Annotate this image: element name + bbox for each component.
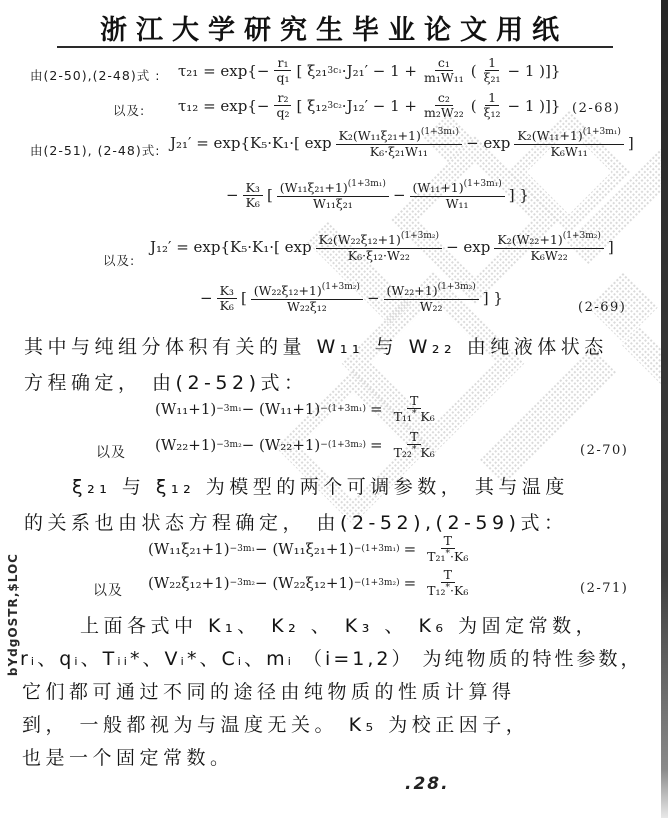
fraction: 1ξ₂₁ — [481, 56, 504, 86]
also-label: 以及 — [96, 442, 126, 462]
exponent: −3m₁ — [230, 544, 255, 554]
equals-sign: = — [404, 574, 417, 592]
denominator: W₂₂ξ₁₂ — [284, 300, 330, 314]
fraction: T T₂₂* K₆ — [391, 430, 438, 461]
exponent: (1+3m₁) — [348, 179, 386, 189]
equation-source-label: 由(2-50),(2-48)式 : — [30, 66, 160, 84]
math-text: (W₁₁ξ₂₁+1) — [148, 540, 230, 558]
numerator: c₂ — [435, 91, 453, 106]
equation-W11xi-line: (W₁₁ξ₂₁+1)−3m₁ − (W₁₁ξ₂₁+1)−(1+3m₁) = T … — [148, 534, 475, 565]
math-text: − exp — [446, 238, 490, 256]
math-text: (W₂₂ξ₁₂+1) — [148, 574, 230, 592]
numerator: 1 — [485, 91, 499, 106]
equation-W22xi-line: (W₂₂ξ₁₂+1)−3m₂ − (W₂₂ξ₁₂+1)−(1+3m₂) = T … — [148, 568, 475, 599]
fraction: K₃K₆ — [243, 181, 263, 211]
exponent: (1+3m₁) — [421, 127, 459, 137]
exponent: (1+3m₁) — [583, 127, 621, 137]
numerator: T — [441, 534, 455, 549]
equation-W22-line: (W₂₂+1)−3m₂ − (W₂₂+1)−(1+3m₂) = T T₂₂* K… — [155, 430, 442, 461]
thesis-page: 浙江大学研究生毕业论文用纸 由(2-50),(2-48)式 : τ₂₁ = ex… — [0, 0, 668, 818]
denominator: T₂₁*·K₆ — [424, 549, 471, 565]
fraction: 1ξ₁₂ — [481, 91, 504, 121]
paragraph-line: ξ₂₁ 与 ξ₁₂ 为模型的两个可调参数， 其与温度 — [72, 472, 569, 499]
paragraph-line: 上面各式中 K₁、 K₂ 、 K₃ 、 K₆ 为固定常数， — [80, 611, 599, 638]
math-text: ( — [471, 97, 477, 115]
fraction: (W₂₂+1)(1+3m₂) W₂₂ — [384, 283, 479, 314]
denominator: T₂₂* K₆ — [391, 445, 438, 461]
numerator: (W₁₁+1)(1+3m₁) — [410, 180, 505, 197]
exponent: 3c₂ — [327, 101, 341, 111]
exponent: −(1+3m₂) — [354, 578, 400, 588]
numerator: K₃ — [243, 181, 263, 196]
denominator: K₆ — [217, 299, 237, 313]
fraction: T T₂₁*·K₆ — [424, 534, 471, 565]
exponent: −3m₁ — [216, 404, 241, 414]
exponent: −3m₂ — [230, 578, 255, 588]
fraction: K₂(W₁₁ξ₂₁+1)(1+3m₁) K₆·ξ₂₁W₁₁ — [336, 128, 462, 159]
exponent: −3m₂ — [216, 440, 241, 450]
fraction: K₂(W₂₂ξ₁₂+1)(1+3m₂) K₆·ξ₁₂·W₂₂ — [316, 232, 442, 263]
exponent: −(1+3m₂) — [320, 440, 366, 450]
paragraph-line: 其中与纯组分体积有关的量 W₁₁ 与 W₂₂ 由纯液体状态 — [24, 332, 608, 359]
math-text: [ ξ₂₁ — [297, 62, 328, 80]
math-text: − — [393, 186, 406, 204]
numerator: T — [407, 430, 421, 445]
equals-sign: = — [370, 436, 383, 454]
margin-stamp-text: bYdgOSTR,$LOC — [6, 553, 20, 676]
paragraph-line: rᵢ、qᵢ、Tᵢᵢ*、Vᵢ*、Cᵢ、mᵢ （i=1,2） 为纯物质的特性参数， — [20, 644, 643, 671]
denominator: ξ₂₁ — [481, 71, 504, 85]
also-label: 以及 — [93, 580, 123, 600]
numerator: K₃ — [217, 284, 237, 299]
fraction: (W₁₁ξ₂₁+1)(1+3m₁) W₁₁ξ₂₁ — [277, 180, 389, 211]
denominator: ξ₁₂ — [481, 106, 504, 120]
fraction: T T₁₁* K₆ — [391, 394, 438, 425]
denominator: W₁₁ — [443, 197, 472, 211]
denominator: m₁W₁₁ — [421, 71, 467, 85]
equation-J21-line-2: − K₃K₆ [ (W₁₁ξ₂₁+1)(1+3m₁) W₁₁ξ₂₁ − (W₁₁… — [226, 180, 529, 211]
exponent: (1+3m₂) — [563, 231, 601, 241]
denominator: m₂W₂₂ — [421, 106, 467, 120]
fraction: (W₂₂ξ₁₂+1)(1+3m₂) W₂₂ξ₁₂ — [251, 283, 363, 314]
denominator: W₁₁ξ₂₁ — [310, 197, 356, 211]
math-text: [ — [241, 289, 247, 307]
denominator: W₂₂ — [417, 300, 446, 314]
math-text: ] — [628, 134, 634, 152]
equation-J12-line-2: − K₃K₆ [ (W₂₂ξ₁₂+1)(1+3m₂) W₂₂ξ₁₂ − (W₂₂… — [200, 283, 503, 314]
numerator: K₂(W₁₁ξ₂₁+1)(1+3m₁) — [336, 128, 462, 145]
fraction: (W₁₁+1)(1+3m₁) W₁₁ — [410, 180, 505, 211]
equation-number: (2-68) — [572, 101, 620, 116]
numerator: K₂(W₂₂ξ₁₂+1)(1+3m₂) — [316, 232, 442, 249]
fraction: r₂q₂ — [273, 91, 292, 121]
paragraph-line: 它们都可通过不同的途径由纯物质的性质计算得 — [22, 677, 516, 704]
denominator: K₆W₂₂ — [528, 249, 571, 263]
fraction: c₁m₁W₁₁ — [421, 56, 467, 86]
math-text: [ — [267, 186, 273, 204]
math-text: τ₁₂ = exp{− — [178, 97, 269, 115]
equation-number: (2-70) — [580, 443, 628, 458]
numerator: (W₁₁ξ₂₁+1)(1+3m₁) — [277, 180, 389, 197]
fraction: K₂(W₂₂+1)(1+3m₂) K₆W₂₂ — [494, 232, 604, 263]
denominator: T₁₂*·K₆ — [424, 583, 471, 599]
also-label: 以及: — [103, 251, 135, 269]
math-text: J₂₁′ = exp{K₅·K₁·[ exp — [170, 134, 332, 152]
math-text: ] — [608, 238, 614, 256]
math-text: ·J₁₂′ − 1 + — [342, 97, 417, 115]
math-text: τ₂₁ = exp{− — [178, 62, 269, 80]
page-number: .28. — [405, 774, 450, 794]
math-text: (W₂₂+1) — [155, 436, 216, 454]
exponent: 3c₁ — [327, 66, 341, 76]
numerator: r₁ — [274, 56, 291, 71]
math-text: ( — [471, 62, 477, 80]
math-text: − 1 )]} — [508, 62, 561, 80]
fraction: K₂(W₁₁+1)(1+3m₁) K₆W₁₁ — [514, 128, 624, 159]
equation-tau21: τ₂₁ = exp{− r₁q₁ [ ξ₂₁3c₁ ·J₂₁′ − 1 + c₁… — [178, 56, 560, 86]
fraction: c₂m₂W₂₂ — [421, 91, 467, 121]
denominator: K₆·ξ₂₁W₁₁ — [367, 145, 431, 159]
equation-number: (2-71) — [580, 581, 628, 596]
exponent: −(1+3m₁) — [354, 544, 400, 554]
math-text: − (W₁₁+1) — [242, 400, 321, 418]
math-text: − — [226, 186, 239, 204]
denominator: K₆ — [243, 196, 263, 210]
title-divider — [57, 46, 613, 48]
page-title: 浙江大学研究生毕业论文用纸 — [0, 8, 668, 47]
math-text: ·J₂₁′ − 1 + — [342, 62, 417, 80]
denominator: q₂ — [273, 106, 292, 120]
math-text: − — [367, 289, 380, 307]
equation-number: (2-69) — [578, 300, 626, 315]
math-text: − exp — [466, 134, 510, 152]
numerator: K₂(W₂₂+1)(1+3m₂) — [494, 232, 604, 249]
exponent: (1+3m₁) — [464, 179, 502, 189]
exponent: (1+3m₂) — [438, 282, 476, 292]
fraction: T T₁₂*·K₆ — [424, 568, 471, 599]
equals-sign: = — [404, 540, 417, 558]
fraction: K₃K₆ — [217, 284, 237, 314]
numerator: 1 — [485, 56, 499, 71]
paragraph-line: 到， 一般都视为与温度无关。 K₅ 为校正因子， — [22, 710, 529, 737]
numerator: (W₂₂ξ₁₂+1)(1+3m₂) — [251, 283, 363, 300]
paragraph-line: 方程确定， 由(2-52)式： — [24, 368, 308, 395]
paragraph-line: 也是一个固定常数。 — [22, 743, 234, 770]
denominator: q₁ — [273, 71, 292, 85]
math-text: ] } — [509, 186, 529, 204]
numerator: (W₂₂+1)(1+3m₂) — [384, 283, 479, 300]
math-text: − (W₂₂ξ₁₂+1) — [255, 574, 354, 592]
denominator: K₆·ξ₁₂·W₂₂ — [345, 249, 413, 263]
equation-W11-line: (W₁₁+1)−3m₁ − (W₁₁+1)−(1+3m₁) = T T₁₁* K… — [155, 394, 442, 425]
scan-edge-strip — [661, 0, 668, 818]
denominator: K₆W₁₁ — [548, 145, 591, 159]
denominator: T₁₁* K₆ — [391, 409, 438, 425]
exponent: −(1+3m₁) — [320, 404, 366, 414]
paragraph-line: 的关系也由状态方程确定， 由(2-52),(2-59)式： — [24, 508, 567, 535]
numerator: r₂ — [274, 91, 291, 106]
equation-tau12: τ₁₂ = exp{− r₂q₂ [ ξ₁₂3c₂ ·J₁₂′ − 1 + c₂… — [178, 91, 560, 121]
math-text: (W₁₁+1) — [155, 400, 216, 418]
numerator: T — [441, 568, 455, 583]
numerator: K₂(W₁₁+1)(1+3m₁) — [514, 128, 624, 145]
equation-J21-line-1: J₂₁′ = exp{K₅·K₁·[ exp K₂(W₁₁ξ₂₁+1)(1+3m… — [170, 128, 634, 159]
math-text: [ ξ₁₂ — [297, 97, 328, 115]
also-label: 以及: — [113, 101, 145, 119]
math-text: J₁₂′ = exp{K₅·K₁·[ exp — [150, 238, 312, 256]
math-text: − — [200, 289, 213, 307]
exponent: (1+3m₂) — [401, 231, 439, 241]
math-text: − 1 )]} — [508, 97, 561, 115]
exponent: (1+3m₂) — [322, 282, 360, 292]
fraction: r₁q₁ — [273, 56, 292, 86]
numerator: T — [407, 394, 421, 409]
equals-sign: = — [370, 400, 383, 418]
math-text: − (W₁₁ξ₂₁+1) — [255, 540, 354, 558]
math-text: − (W₂₂+1) — [242, 436, 321, 454]
equation-J12-line-1: J₁₂′ = exp{K₅·K₁·[ exp K₂(W₂₂ξ₁₂+1)(1+3m… — [150, 232, 614, 263]
equation-source-label: 由(2-51), (2-48)式: — [30, 141, 160, 159]
numerator: c₁ — [435, 56, 453, 71]
math-text: ] } — [483, 289, 503, 307]
